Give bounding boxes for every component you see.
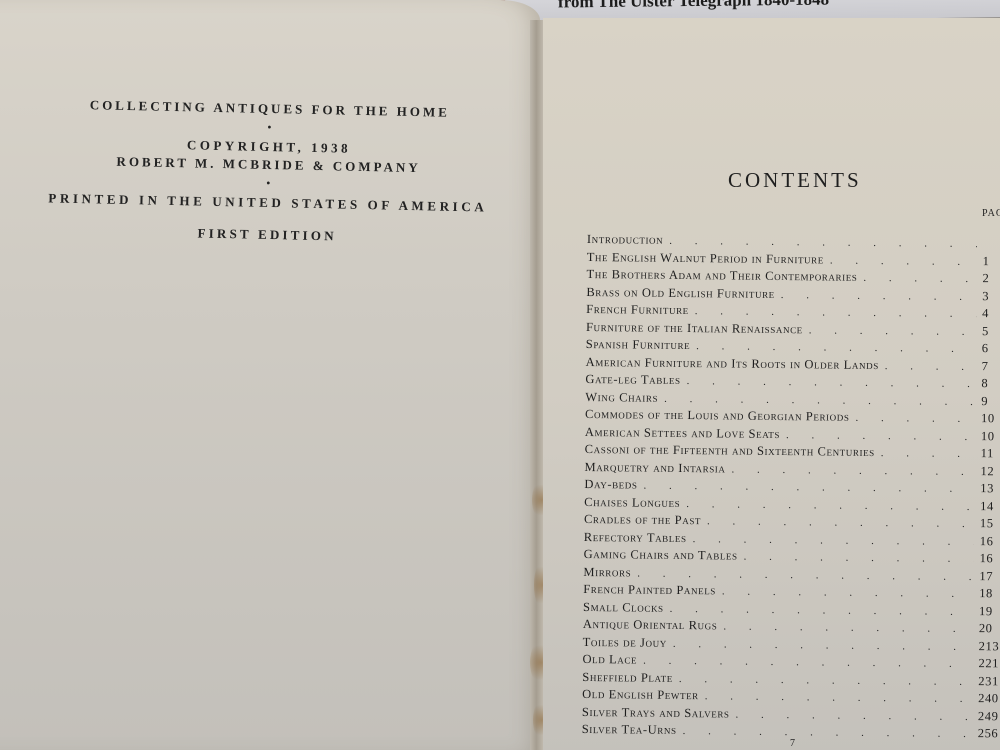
leader-dots (786, 429, 975, 443)
leader-dots (781, 289, 977, 303)
toc-entry-page: 14 (980, 499, 1000, 514)
toc-entry-title: Spanish Furniture (586, 337, 691, 353)
toc-entry-page: 13 (980, 481, 1000, 496)
toc-entry-title: The English Walnut Period in Furniture (587, 249, 824, 266)
toc-entry-page: 12 (980, 464, 1000, 479)
toc-entry-title: Toiles de Jouy (583, 634, 667, 650)
toc-entry-title: Gate-leg Tables (585, 372, 680, 388)
toc-entry-title: Old English Pewter (582, 687, 699, 703)
toc-entry-page: 256 (978, 726, 1000, 741)
leader-dots (695, 305, 976, 320)
toc-entry-title: Silver Tea-Urns (582, 722, 677, 738)
page-number: 7 (790, 738, 795, 749)
toc-entry-title: French Furniture (586, 302, 689, 318)
toc-entry-page: 3 (982, 289, 1000, 304)
leader-dots (736, 708, 972, 722)
toc-entry-title: Cradles of the Past (584, 512, 701, 528)
toc-entry-page: 7 (982, 359, 1000, 374)
toc-entry-title: The Brothers Adam and Their Contemporari… (586, 267, 857, 285)
leader-dots (731, 463, 974, 478)
toc-entry-title: Silver Trays and Salvers (582, 704, 730, 721)
leader-dots (881, 447, 975, 460)
toc-entry-page: 16 (980, 534, 1000, 549)
toc-entry-title: French Painted Panels (583, 582, 716, 598)
title-page-block: Collecting Antiques for the Home • Copyr… (27, 95, 510, 249)
page-column-label: PAGE (982, 208, 1000, 219)
leader-dots (637, 567, 973, 583)
toc-entry-title: Sheffield Plate (582, 669, 673, 685)
toc-entry-page: 8 (981, 376, 1000, 391)
toc-entry-page: 4 (982, 306, 1000, 321)
toc-entry-page: 17 (979, 569, 1000, 584)
leader-dots (744, 551, 974, 565)
toc-entry-page: 16 (980, 551, 1000, 566)
toc-entry-page: 19 (979, 604, 1000, 619)
toc-entry-title: American Furniture and Its Roots in Olde… (586, 354, 879, 372)
leader-dots (722, 585, 973, 600)
toc-entry-page: 10 (981, 429, 1000, 444)
left-page: Collecting Antiques for the Home • Copyr… (0, 0, 540, 750)
leader-dots (705, 690, 972, 705)
toc-entry-page: 11 (981, 446, 1000, 461)
leader-dots (683, 725, 972, 740)
toc-entry-title: Marquetry and Intarsia (584, 459, 725, 475)
toc-entry-page: 221 (978, 656, 1000, 671)
leader-dots (643, 480, 974, 495)
toc-entry-page: 240 (978, 691, 1000, 706)
toc-entry-title: Cassoni of the Fifteenth and Sixteenth C… (585, 442, 875, 460)
leader-dots (830, 254, 977, 268)
leader-dots (679, 672, 973, 687)
toc-entry-title: American Settees and Love Seats (585, 424, 780, 441)
leader-dots (707, 515, 974, 530)
toc-entry-page: 6 (982, 341, 1000, 356)
leader-dots (809, 324, 976, 338)
toc-entry-page: 18 (979, 586, 1000, 601)
toc-entry-title: Mirrors (583, 564, 631, 580)
toc-entry-page: 2 (982, 271, 1000, 286)
toc-entry-page: 10 (981, 411, 1000, 426)
toc-entry-page: 9 (981, 394, 1000, 409)
toc-entry-page: 1 (983, 254, 1000, 269)
toc-entry-title: Wing Chairs (585, 389, 658, 405)
leader-dots (669, 235, 977, 250)
leader-dots (855, 412, 975, 425)
toc-entry-title: Furniture of the Italian Renaissance (586, 319, 803, 336)
edition-line: First Edition (27, 221, 507, 249)
toc-entry-title: Refectory Tables (584, 529, 687, 545)
toc-entry-title: Gaming Chairs and Tables (584, 547, 738, 564)
toc-entry-title: Chaises Longues (584, 494, 680, 510)
table-of-contents: Introduction The English Walnut Period i… (582, 232, 1000, 744)
contents-heading: CONTENTS (728, 168, 862, 193)
toc-entry-page: 231 (978, 674, 1000, 689)
toc-entry-title: Old Lace (582, 652, 637, 668)
leader-dots (723, 620, 973, 635)
leader-dots (670, 602, 973, 617)
leader-dots (687, 375, 976, 390)
toc-entry-page: 15 (980, 516, 1000, 531)
leader-dots (693, 533, 974, 548)
toc-entry-title: Brass on Old English Furniture (586, 284, 775, 301)
toc-entry-page: 5 (982, 324, 1000, 339)
leader-dots (664, 392, 975, 407)
toc-entry-title: Day-beds (584, 477, 637, 493)
leader-dots (863, 272, 976, 285)
toc-entry-page: 213 (979, 639, 1000, 654)
toc-entry-title: Antique Oriental Rugs (583, 617, 718, 633)
toc-entry-page: 20 (979, 621, 1000, 636)
leader-dots (885, 360, 976, 373)
toc-entry-title: Commodes of the Louis and Georgian Perio… (585, 407, 850, 425)
toc-entry-title: Small Clocks (583, 599, 664, 615)
leader-dots (696, 340, 976, 355)
leader-dots (686, 498, 974, 513)
leader-dots (673, 637, 973, 652)
book-spread-photo: from The Ulster Telegraph 1840-1848 Coll… (0, 0, 1000, 750)
toc-entry-title: Introduction (587, 232, 664, 248)
leader-dots (643, 655, 973, 670)
toc-entry-page: 249 (978, 709, 1000, 724)
